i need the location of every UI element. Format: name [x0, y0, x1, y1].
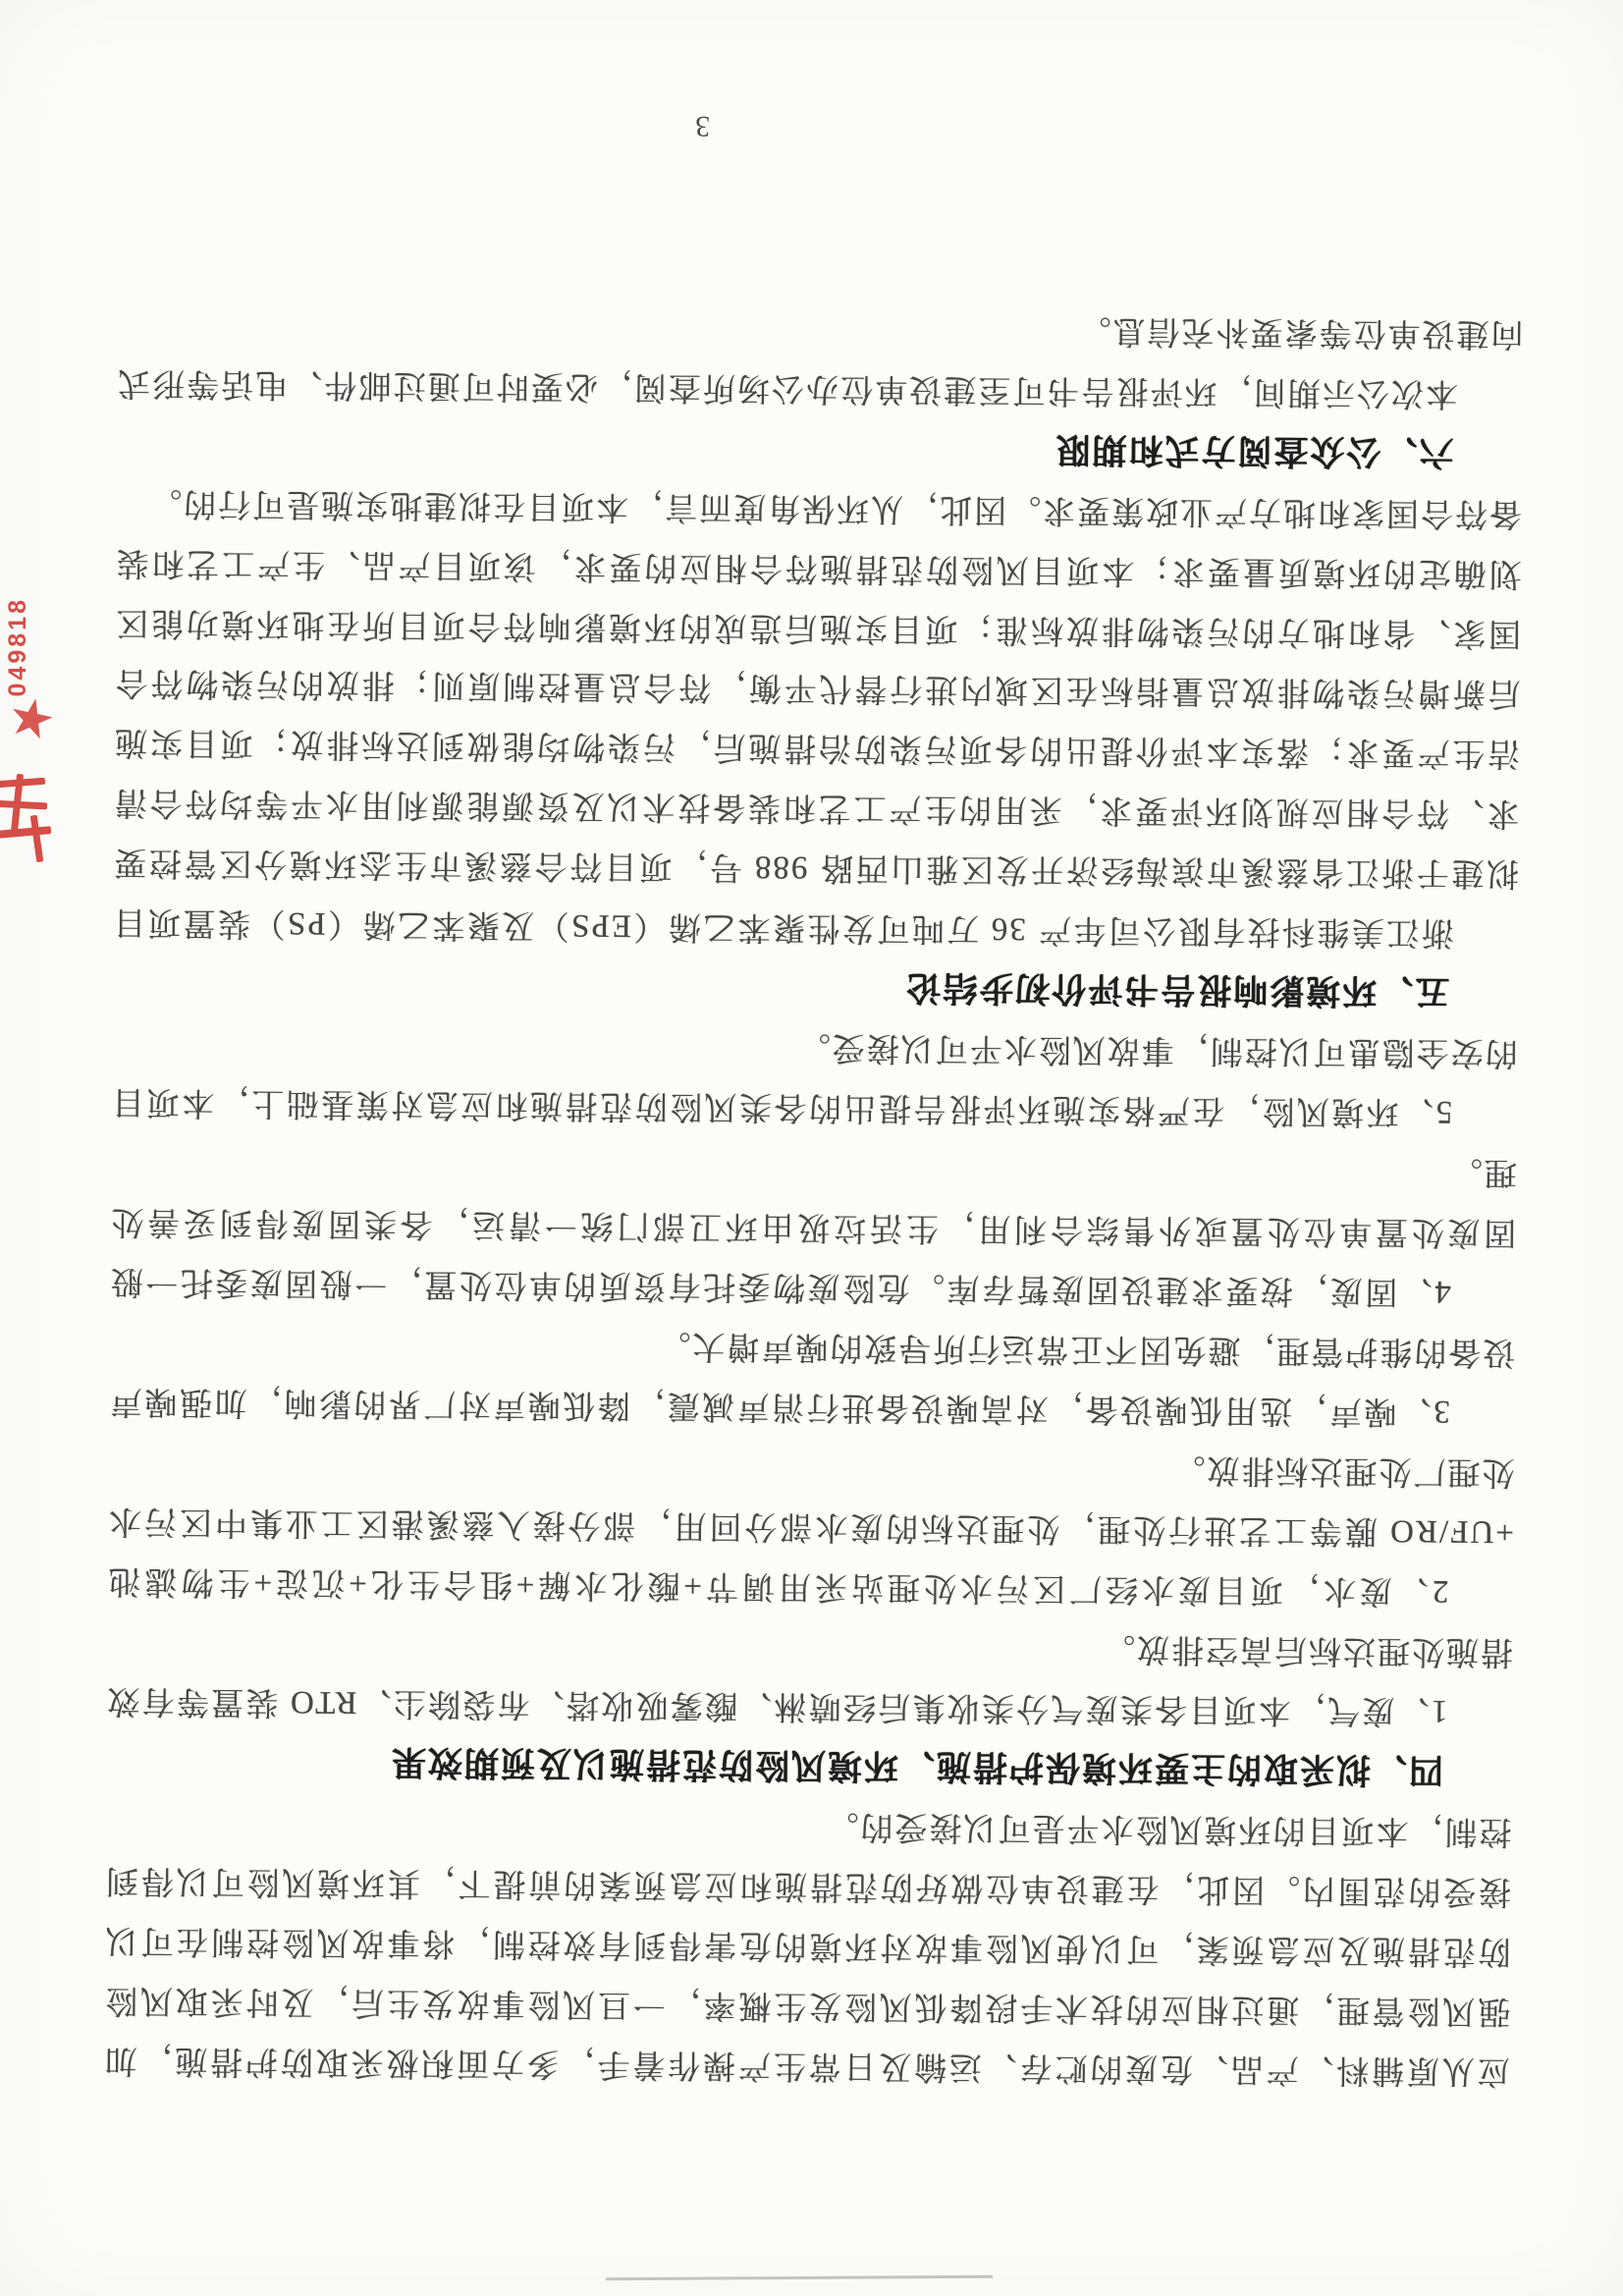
section4-heading: 四、拟采取的主要环境保护措施、环境风险防范措施以及预期效果 [105, 1729, 1512, 1800]
measure-item-solid-waste: 4、固废，按要求建设固废暂存库。危险废物委托有资质的单位处置，一般固废委托一般固… [109, 1130, 1517, 1321]
section5-paragraph: 浙江美维科技有限公司年产 36 万吨可发性聚苯乙烯（EPS）及聚苯乙烯（PS）装… [112, 471, 1523, 961]
risk-conclusion-paragraph: 应从原辅料、产品、危废的贮存、运输及日常生产操作着手，多方面积极采取防护措施，加… [102, 1789, 1511, 2100]
section5-heading: 五、环境影响报告书评价初步结论 [111, 951, 1518, 1021]
scanned-document-page: 应从原辅料、产品、危废的贮存、运输及日常生产操作着手，多方面积极采取防护措施，加… [0, 0, 1623, 2296]
page-number: 3 [695, 109, 710, 142]
document-body: 应从原辅料、产品、危废的贮存、运输及日常生产操作着手，多方面积极采取防护措施，加… [0, 292, 1623, 2296]
measure-item-noise: 3、噪声，选用低噪设备，对高噪设备进行消声减震，降低噪声对厂界的影响，加强噪声设… [108, 1310, 1516, 1441]
measure-item-waste-gas: 1、废气，本项目各类废气分类收集后经喷淋、酸雾吸收塔、布袋除尘、RTO 装置等有… [105, 1610, 1513, 1740]
section6-paragraph: 本次公示期间，环评报告书可至建设单位办公场所查阅，必要时可通过邮件、电话等形式向… [116, 292, 1524, 422]
section6-heading: 六、公众查阅方式和期限 [115, 411, 1522, 482]
measure-item-env-risk: 5、环境风险，在严格实施环评报告提出的各类风险防范措施和应急对策基础上，本项目的… [110, 1011, 1518, 1141]
measure-item-waste-water: 2、废水，项目废水经厂区污水处理站采用调节+酸化水解+组合生化+沉淀+生物滤池+… [106, 1430, 1514, 1620]
upside-down-sheet: 应从原辅料、产品、危废的贮存、运输及日常生产操作着手，多方面积极采取防护措施，加… [0, 0, 1623, 2296]
